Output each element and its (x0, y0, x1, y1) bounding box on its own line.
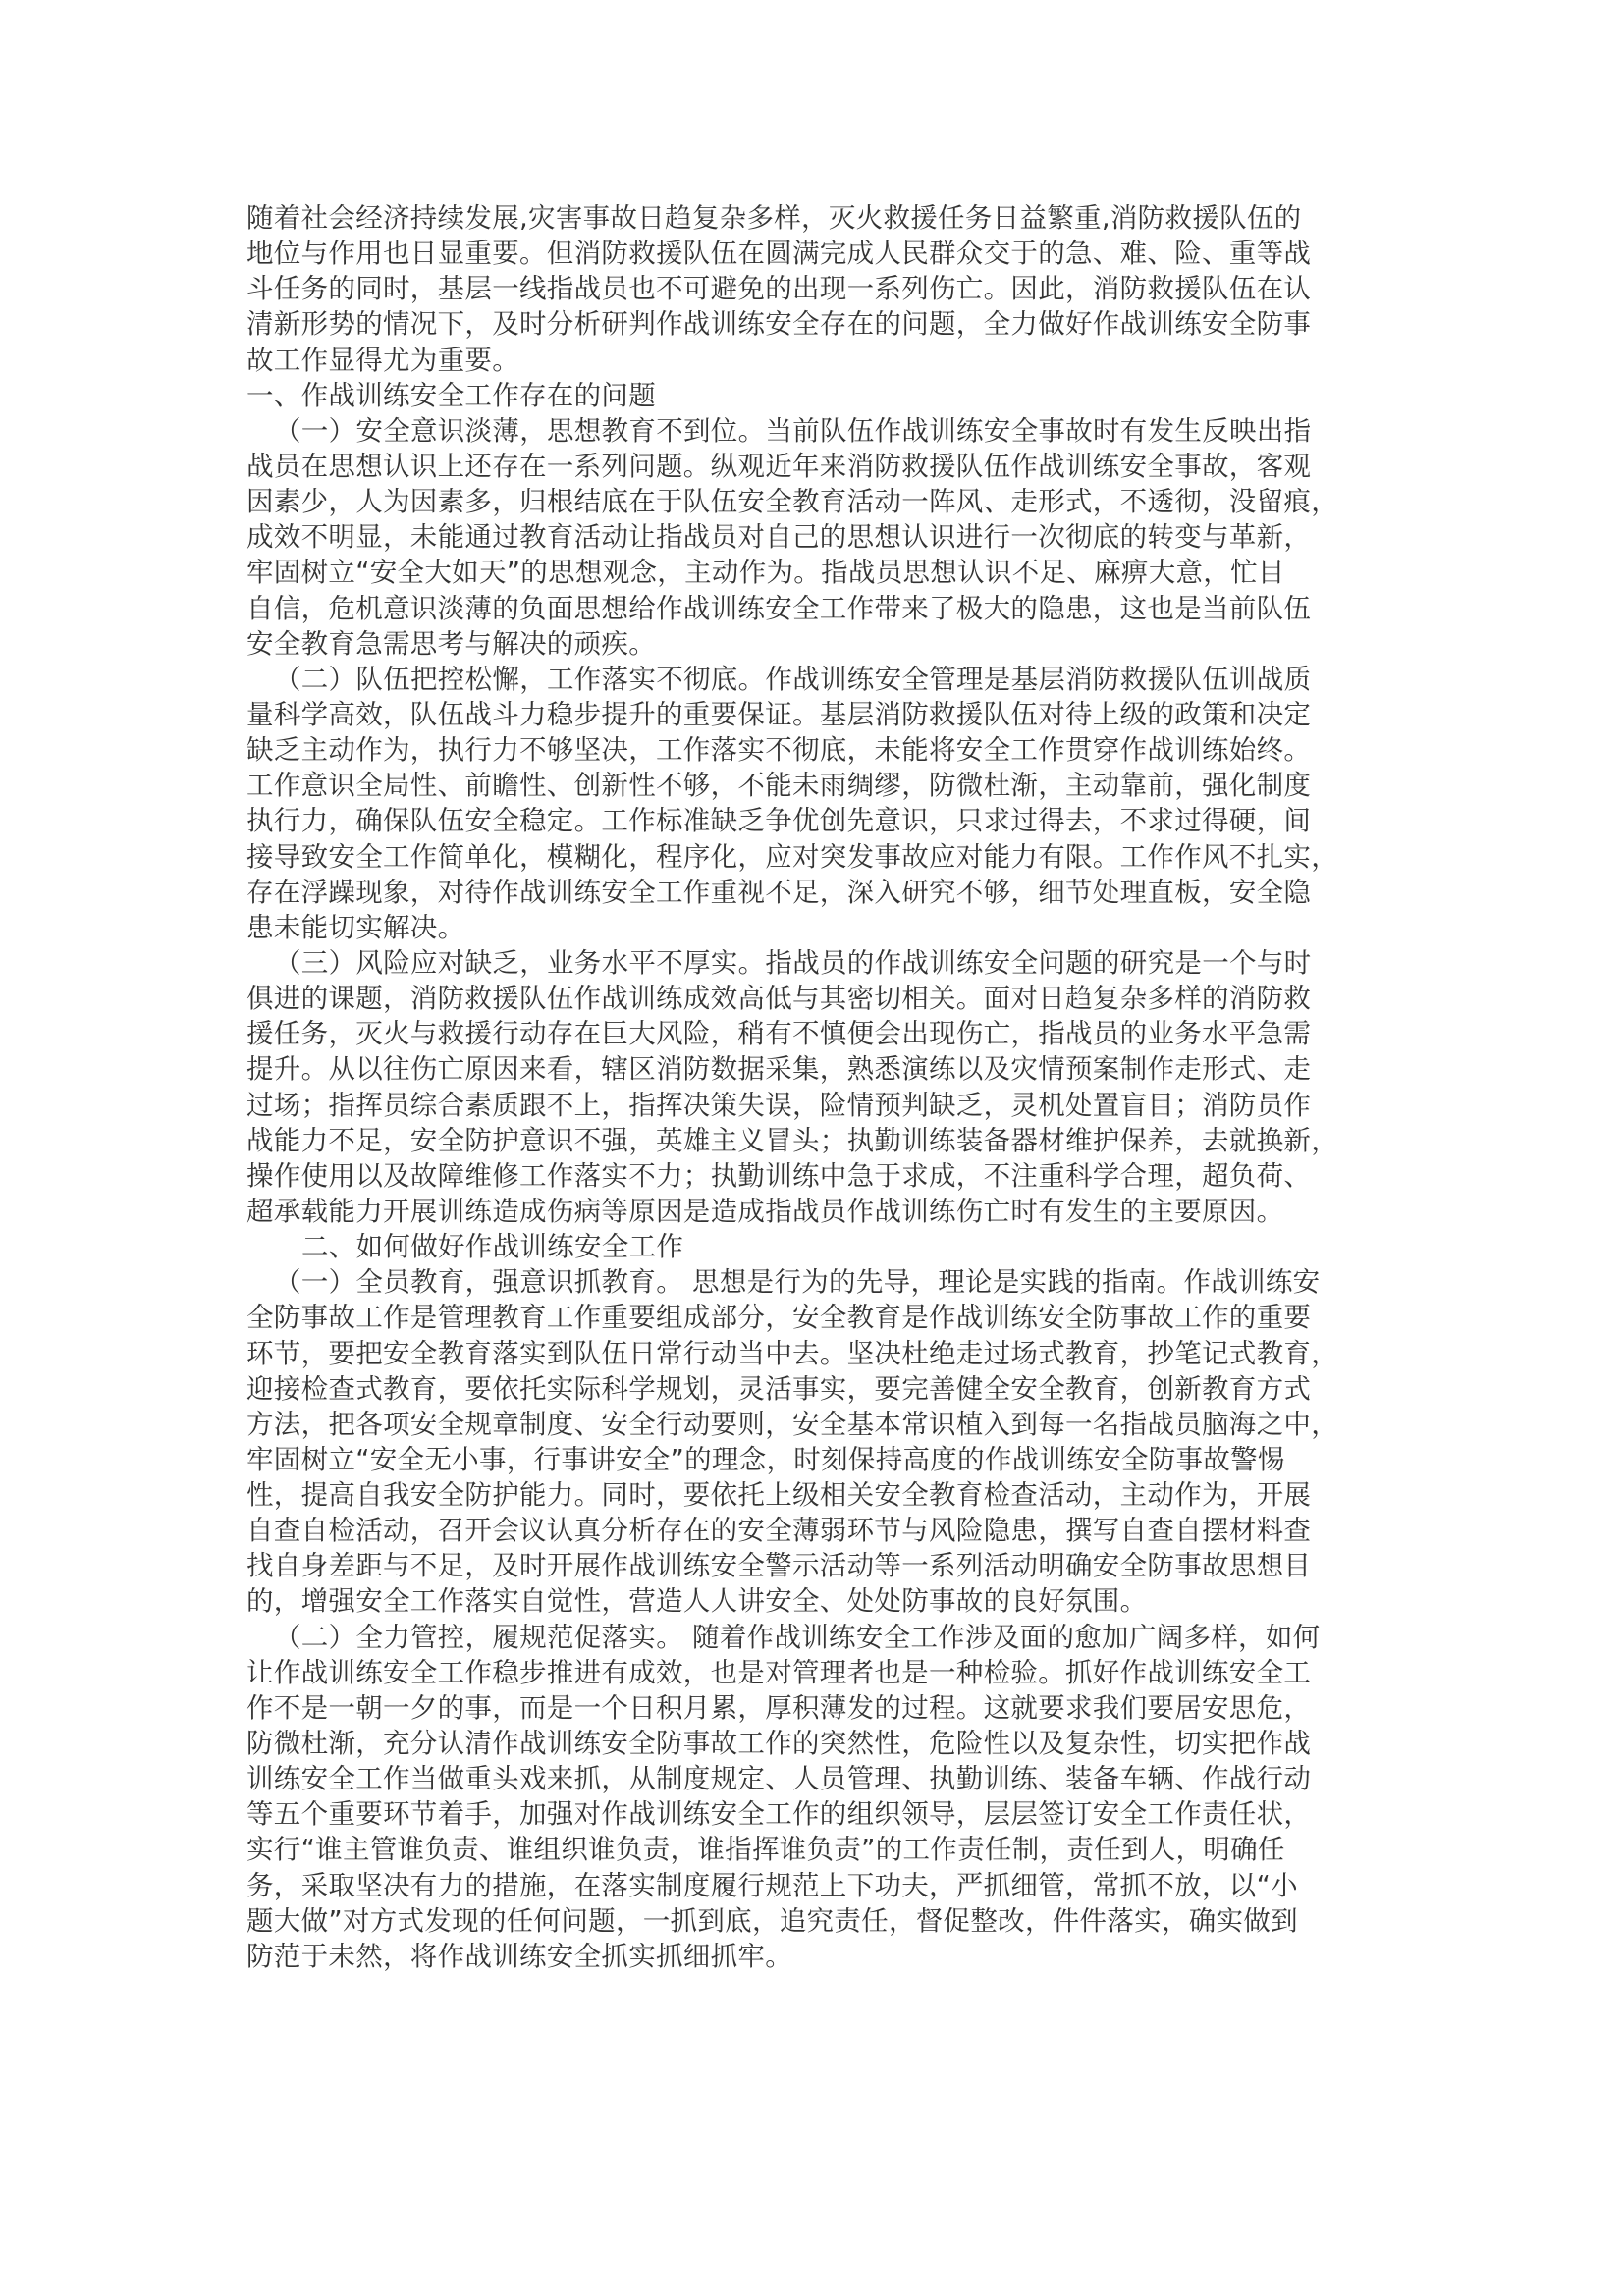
section-1-paragraph-2: （二）队伍把控松懈，工作落实不彻底。作战训练安全管理是基层消防救援队伍训战质 量… (246, 662, 1366, 945)
text-line: 故工作显得尤为重要。 (246, 343, 1366, 378)
text-line: 成效不明显，未能通过教育活动让指战员对自己的思想认识进行一次彻底的转变与革新， (246, 519, 1366, 555)
text-line: 提升。从以往伤亡原因来看，辖区消防数据采集，熟悉演练以及灾情预案制作走形式、走 (246, 1051, 1366, 1087)
text-line: 战员在思想认识上还存在一系列问题。纵观近年来消防救援队伍作战训练安全事故，客观 (246, 449, 1366, 484)
text-line: 随着社会经济持续发展,灾害事故日趋复杂多样，灭火救援任务日益繁重,消防救援队伍的 (246, 200, 1366, 236)
text-line: 实行“谁主管谁负责、谁组织谁负责，谁指挥谁负责”的工作责任制，责任到人，明确任 (246, 1832, 1366, 1867)
text-line: 缺乏主动作为，执行力不够坚决，工作落实不彻底，未能将安全工作贯穿作战训练始终。 (246, 732, 1366, 768)
text-line: （三）风险应对缺乏，业务水平不厚实。指战员的作战训练安全问题的研究是一个与时 (246, 945, 1366, 981)
text-line: 自查自检活动，召开会议认真分析存在的安全薄弱环节与风险隐患，撰写自查自摆材料查 (246, 1513, 1366, 1548)
text-line: 等五个重要环节着手，加强对作战训练安全工作的组织领导，层层签订安全工作责任状， (246, 1796, 1366, 1832)
text-line: 量科学高效，队伍战斗力稳步提升的重要保证。基层消防救援队伍对待上级的政策和决定 (246, 697, 1366, 732)
section-2-paragraph-1: （一）全员教育，强意识抓教育。 思想是行为的先导，理论是实践的指南。作战训练安 … (246, 1264, 1366, 1619)
text-line: 接导致安全工作简单化，模糊化，程序化，应对突发事故应对能力有限。工作作风不扎实， (246, 839, 1366, 875)
text-line: 俱进的课题，消防救援队伍作战训练成效高低与其密切相关。面对日趋复杂多样的消防救 (246, 981, 1366, 1016)
text-line: 安全教育急需思考与解决的顽疾。 (246, 626, 1366, 662)
text-line: 题大做”对方式发现的任何问题，一抓到底，追究责任，督促整改，件件落实，确实做到 (246, 1903, 1366, 1939)
section-1-heading: 一、作战训练安全工作存在的问题 (246, 378, 1366, 413)
text-line: 援任务，灭火与救援行动存在巨大风险，稍有不慎便会出现伤亡，指战员的业务水平急需 (246, 1016, 1366, 1051)
text-line: 工作意识全局性、前瞻性、创新性不够，不能未雨绸缪，防微杜渐，主动靠前，强化制度 (246, 768, 1366, 803)
text-line: 迎接检查式教育，要依托实际科学规划，灵活事实，要完善健全安全教育，创新教育方式 (246, 1371, 1366, 1407)
text-line: （二）全力管控，履规范促落实。 随着作战训练安全工作涉及面的愈加广阔多样，如何 (246, 1620, 1366, 1655)
text-line: 执行力，确保队伍安全稳定。工作标准缺乏争优创先意识，只求过得去，不求过得硬，间 (246, 803, 1366, 838)
text-line: 操作使用以及故障维修工作落实不力；执勤训练中急于求成，不注重科学合理，超负荷、 (246, 1158, 1366, 1194)
text-line: 防范于未然，将作战训练安全抓实抓细抓牢。 (246, 1939, 1366, 1974)
text-line: 作不是一朝一夕的事，而是一个日积月累，厚积薄发的过程。这就要求我们要居安思危， (246, 1690, 1366, 1726)
text-line: 存在浮躁现象，对待作战训练安全工作重视不足，深入研究不够，细节处理直板，安全隐 (246, 875, 1366, 910)
text-line: 战能力不足，安全防护意识不强，英雄主义冒头；执勤训练装备器材维护保养，去就换新， (246, 1123, 1366, 1158)
intro-paragraph: 随着社会经济持续发展,灾害事故日趋复杂多样，灭火救援任务日益繁重,消防救援队伍的… (246, 200, 1366, 378)
text-line: 务，采取坚决有力的措施，在落实制度履行规范上下功夫，严抓细管，常抓不放，以“小 (246, 1868, 1366, 1903)
text-line: 超承载能力开展训练造成伤病等原因是造成指战员作战训练伤亡时有发生的主要原因。 (246, 1194, 1366, 1229)
section-2-heading: 二、如何做好作战训练安全工作 (246, 1229, 1366, 1264)
text-line: 地位与作用也日显重要。但消防救援队伍在圆满完成人民群众交于的急、难、险、重等战 (246, 236, 1366, 271)
text-line: 牢固树立“安全无小事，行事讲安全”的理念，时刻保持高度的作战训练安全防事故警惕 (246, 1442, 1366, 1477)
section-1-paragraph-3: （三）风险应对缺乏，业务水平不厚实。指战员的作战训练安全问题的研究是一个与时 俱… (246, 945, 1366, 1229)
text-line: 斗任务的同时，基层一线指战员也不可避免的出现一系列伤亡。因此，消防救援队伍在认 (246, 271, 1366, 306)
text-line: 防微杜渐，充分认清作战训练安全防事故工作的突然性，危险性以及复杂性，切实把作战 (246, 1726, 1366, 1761)
text-line: （二）队伍把控松懈，工作落实不彻底。作战训练安全管理是基层消防救援队伍训战质 (246, 662, 1366, 697)
text-line: 性，提高自我安全防护能力。同时，要依托上级相关安全教育检查活动，主动作为，开展 (246, 1477, 1366, 1513)
section-1-paragraph-1: （一）安全意识淡薄，思想教育不到位。当前队伍作战训练安全事故时有发生反映出指 战… (246, 413, 1366, 662)
text-line: 方法，把各项安全规章制度、安全行动要则，安全基本常识植入到每一名指战员脑海之中， (246, 1407, 1366, 1442)
text-line: 让作战训练安全工作稳步推进有成效，也是对管理者也是一种检验。抓好作战训练安全工 (246, 1655, 1366, 1690)
text-line: （一）全员教育，强意识抓教育。 思想是行为的先导，理论是实践的指南。作战训练安 (246, 1264, 1366, 1300)
text-line: 因素少，人为因素多，归根结底在于队伍安全教育活动一阵风、走形式，不透彻，没留痕， (246, 484, 1366, 519)
text-line: 环节，要把安全教育落实到队伍日常行动当中去。坚决杜绝走过场式教育，抄笔记式教育， (246, 1336, 1366, 1371)
text-line: （一）安全意识淡薄，思想教育不到位。当前队伍作战训练安全事故时有发生反映出指 (246, 413, 1366, 449)
text-line: 训练安全工作当做重头戏来抓，从制度规定、人员管理、执勤训练、装备车辆、作战行动 (246, 1761, 1366, 1796)
text-line: 牢固树立“安全大如天”的思想观念，主动作为。指战员思想认识不足、麻痹大意，忙目 (246, 555, 1366, 590)
text-line: 全防事故工作是管理教育工作重要组成部分，安全教育是作战训练安全防事故工作的重要 (246, 1300, 1366, 1335)
document-page: 随着社会经济持续发展,灾害事故日趋复杂多样，灭火救援任务日益繁重,消防救援队伍的… (246, 200, 1366, 1974)
text-line: 的，增强安全工作落实自觉性，营造人人讲安全、处处防事故的良好氛围。 (246, 1583, 1366, 1619)
text-line: 找自身差距与不足，及时开展作战训练安全警示活动等一系列活动明确安全防事故思想目 (246, 1548, 1366, 1583)
text-line: 患未能切实解决。 (246, 910, 1366, 945)
section-2-paragraph-2: （二）全力管控，履规范促落实。 随着作战训练安全工作涉及面的愈加广阔多样，如何 … (246, 1620, 1366, 1974)
text-line: 清新形势的情况下，及时分析研判作战训练安全存在的问题，全力做好作战训练安全防事 (246, 306, 1366, 342)
text-line: 自信，危机意识淡薄的负面思想给作战训练安全工作带来了极大的隐患，这也是当前队伍 (246, 591, 1366, 626)
text-line: 过场；指挥员综合素质跟不上，指挥决策失误，险情预判缺乏，灵机处置盲目；消防员作 (246, 1088, 1366, 1123)
